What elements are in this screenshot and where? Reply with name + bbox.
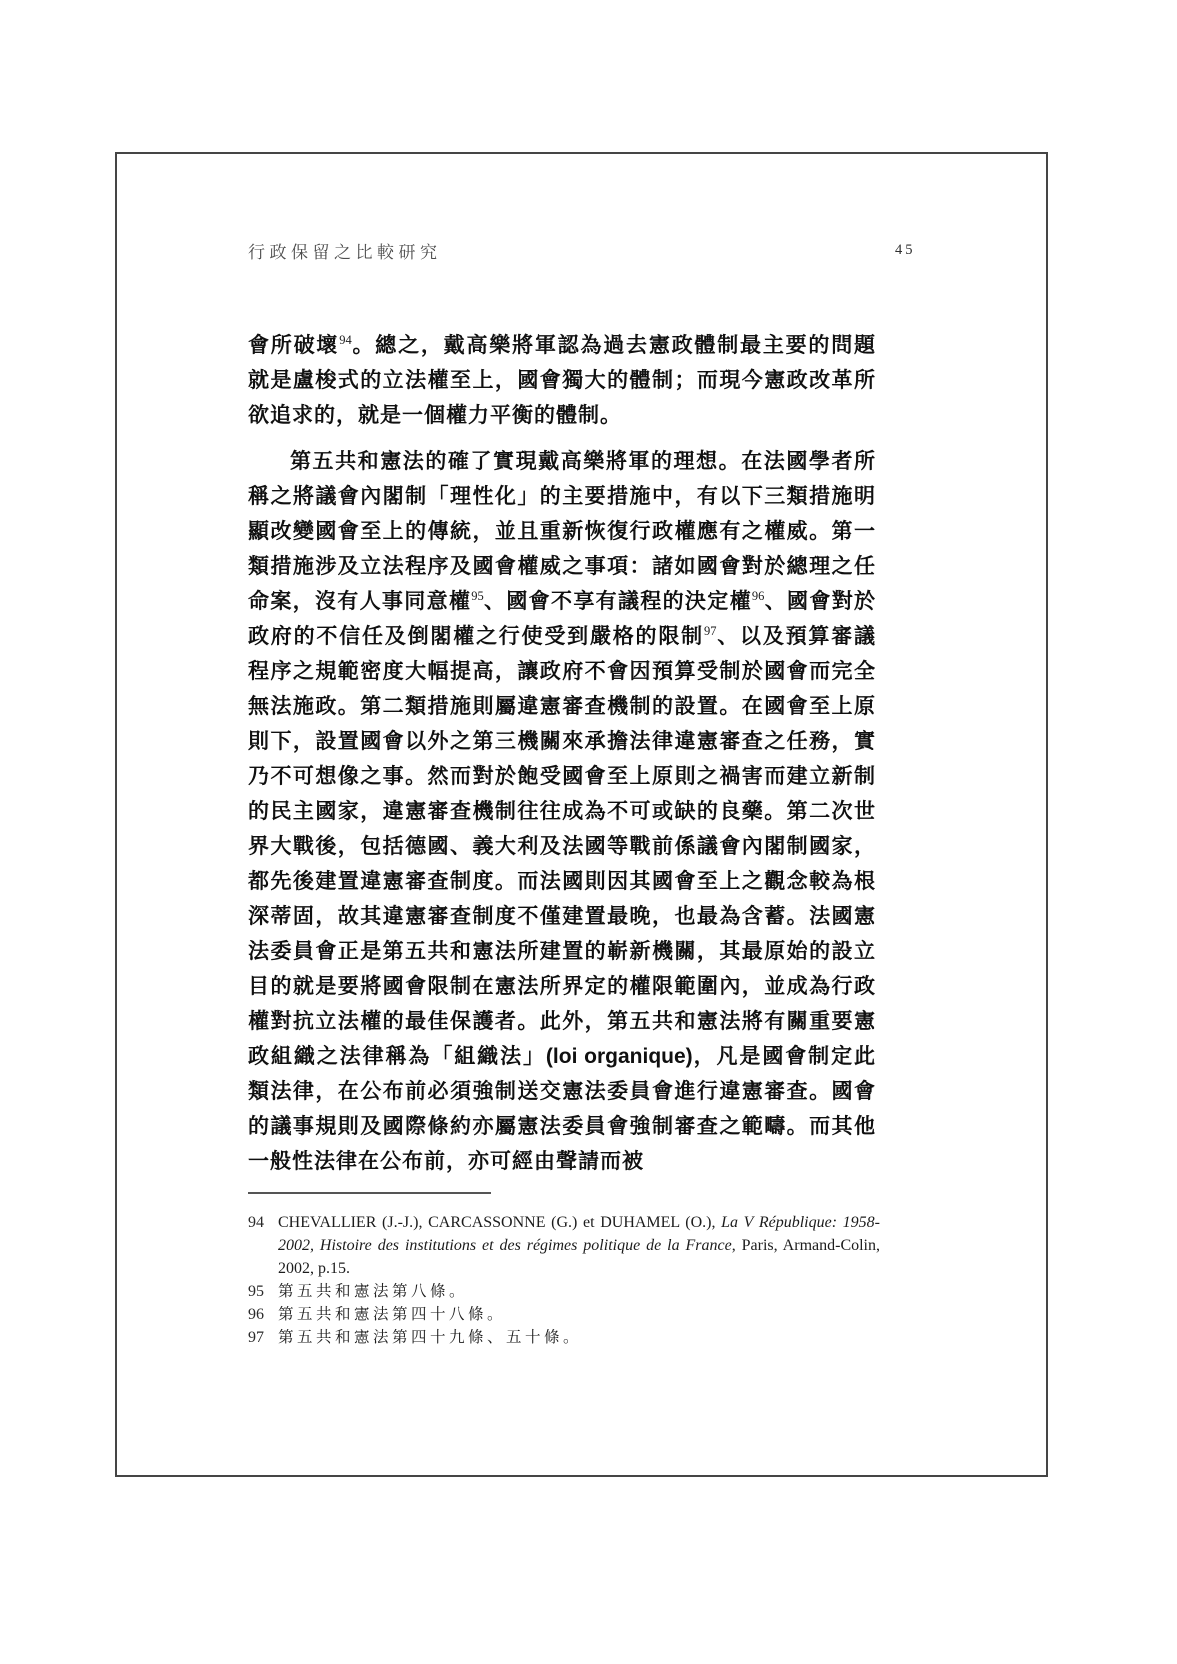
footnote-ref-94: 94 bbox=[339, 333, 352, 347]
footnote-separator bbox=[248, 1192, 491, 1194]
text-segment: 、以及預算審議程序之規範密度大幅提高，讓政府不會因預算受制於國會而完全無法施政。… bbox=[248, 625, 876, 1068]
paragraph: 會所破壞94。總之，戴高樂將軍認為過去憲政體制最主要的問題就是盧梭式的立法權至上… bbox=[248, 328, 876, 433]
body-text: 會所破壞94。總之，戴高樂將軍認為過去憲政體制最主要的問題就是盧梭式的立法權至上… bbox=[248, 328, 876, 1179]
footnote-number: 94 bbox=[248, 1211, 278, 1234]
scanned-document-page: 行政保留之比較研究 45 會所破壞94。總之，戴高樂將軍認為過去憲政體制最主要的… bbox=[0, 0, 1177, 1664]
running-header-title: 行政保留之比較研究 bbox=[248, 238, 442, 263]
footnote-text: 第五共和憲法第四十八條。 bbox=[278, 1303, 880, 1326]
paragraph: 第五共和憲法的確了實現戴高樂將軍的理想。在法國學者所稱之將議會內閣制「理性化」的… bbox=[248, 444, 876, 1179]
footnote-item: 95 第五共和憲法第八條。 bbox=[248, 1280, 880, 1303]
footnotes: 94 CHEVALLIER (J.-J.), CARCASSONNE (G.) … bbox=[248, 1211, 880, 1349]
footnote-item: 97 第五共和憲法第四十九條、五十條。 bbox=[248, 1326, 880, 1349]
footnote-number: 95 bbox=[248, 1280, 278, 1303]
text-segment: 、國會不享有議程的決定權 bbox=[484, 590, 752, 613]
text-segment: 第五共和憲法的確了實現戴高樂將軍的理想。在法國學者所稱之將議會內閣制「理性化」的… bbox=[248, 450, 876, 613]
footnote-item: 94 CHEVALLIER (J.-J.), CARCASSONNE (G.) … bbox=[248, 1211, 880, 1280]
footnote-text: CHEVALLIER (J.-J.), CARCASSONNE (G.) et … bbox=[278, 1211, 880, 1280]
footnote-ref-97: 97 bbox=[704, 624, 717, 638]
text-segment: 第五共和憲法第八條。 bbox=[278, 1283, 468, 1300]
footnote-ref-95: 95 bbox=[471, 589, 484, 603]
text-segment: 會所破壞 bbox=[248, 334, 339, 357]
footnote-text: 第五共和憲法第八條。 bbox=[278, 1280, 880, 1303]
page-frame: 行政保留之比較研究 45 會所破壞94。總之，戴高樂將軍認為過去憲政體制最主要的… bbox=[115, 152, 1048, 1477]
footnote-number: 97 bbox=[248, 1326, 278, 1349]
footnote-text: 第五共和憲法第四十九條、五十條。 bbox=[278, 1326, 880, 1349]
page-number: 45 bbox=[895, 242, 916, 259]
text-segment: 第五共和憲法第四十九條、五十條。 bbox=[278, 1329, 582, 1346]
footnote-ref-96: 96 bbox=[752, 589, 765, 603]
text-segment: 第五共和憲法第四十八條。 bbox=[278, 1306, 506, 1323]
footnote-item: 96 第五共和憲法第四十八條。 bbox=[248, 1303, 880, 1326]
text-segment: CHEVALLIER (J.-J.), CARCASSONNE (G.) et … bbox=[278, 1214, 721, 1231]
text-segment: (loi organique) bbox=[546, 1045, 693, 1068]
text-segment: 。總之，戴高樂將軍認為過去憲政體制最主要的問題就是盧梭式的立法權至上，國會獨大的… bbox=[248, 334, 876, 427]
footnote-number: 96 bbox=[248, 1303, 278, 1326]
